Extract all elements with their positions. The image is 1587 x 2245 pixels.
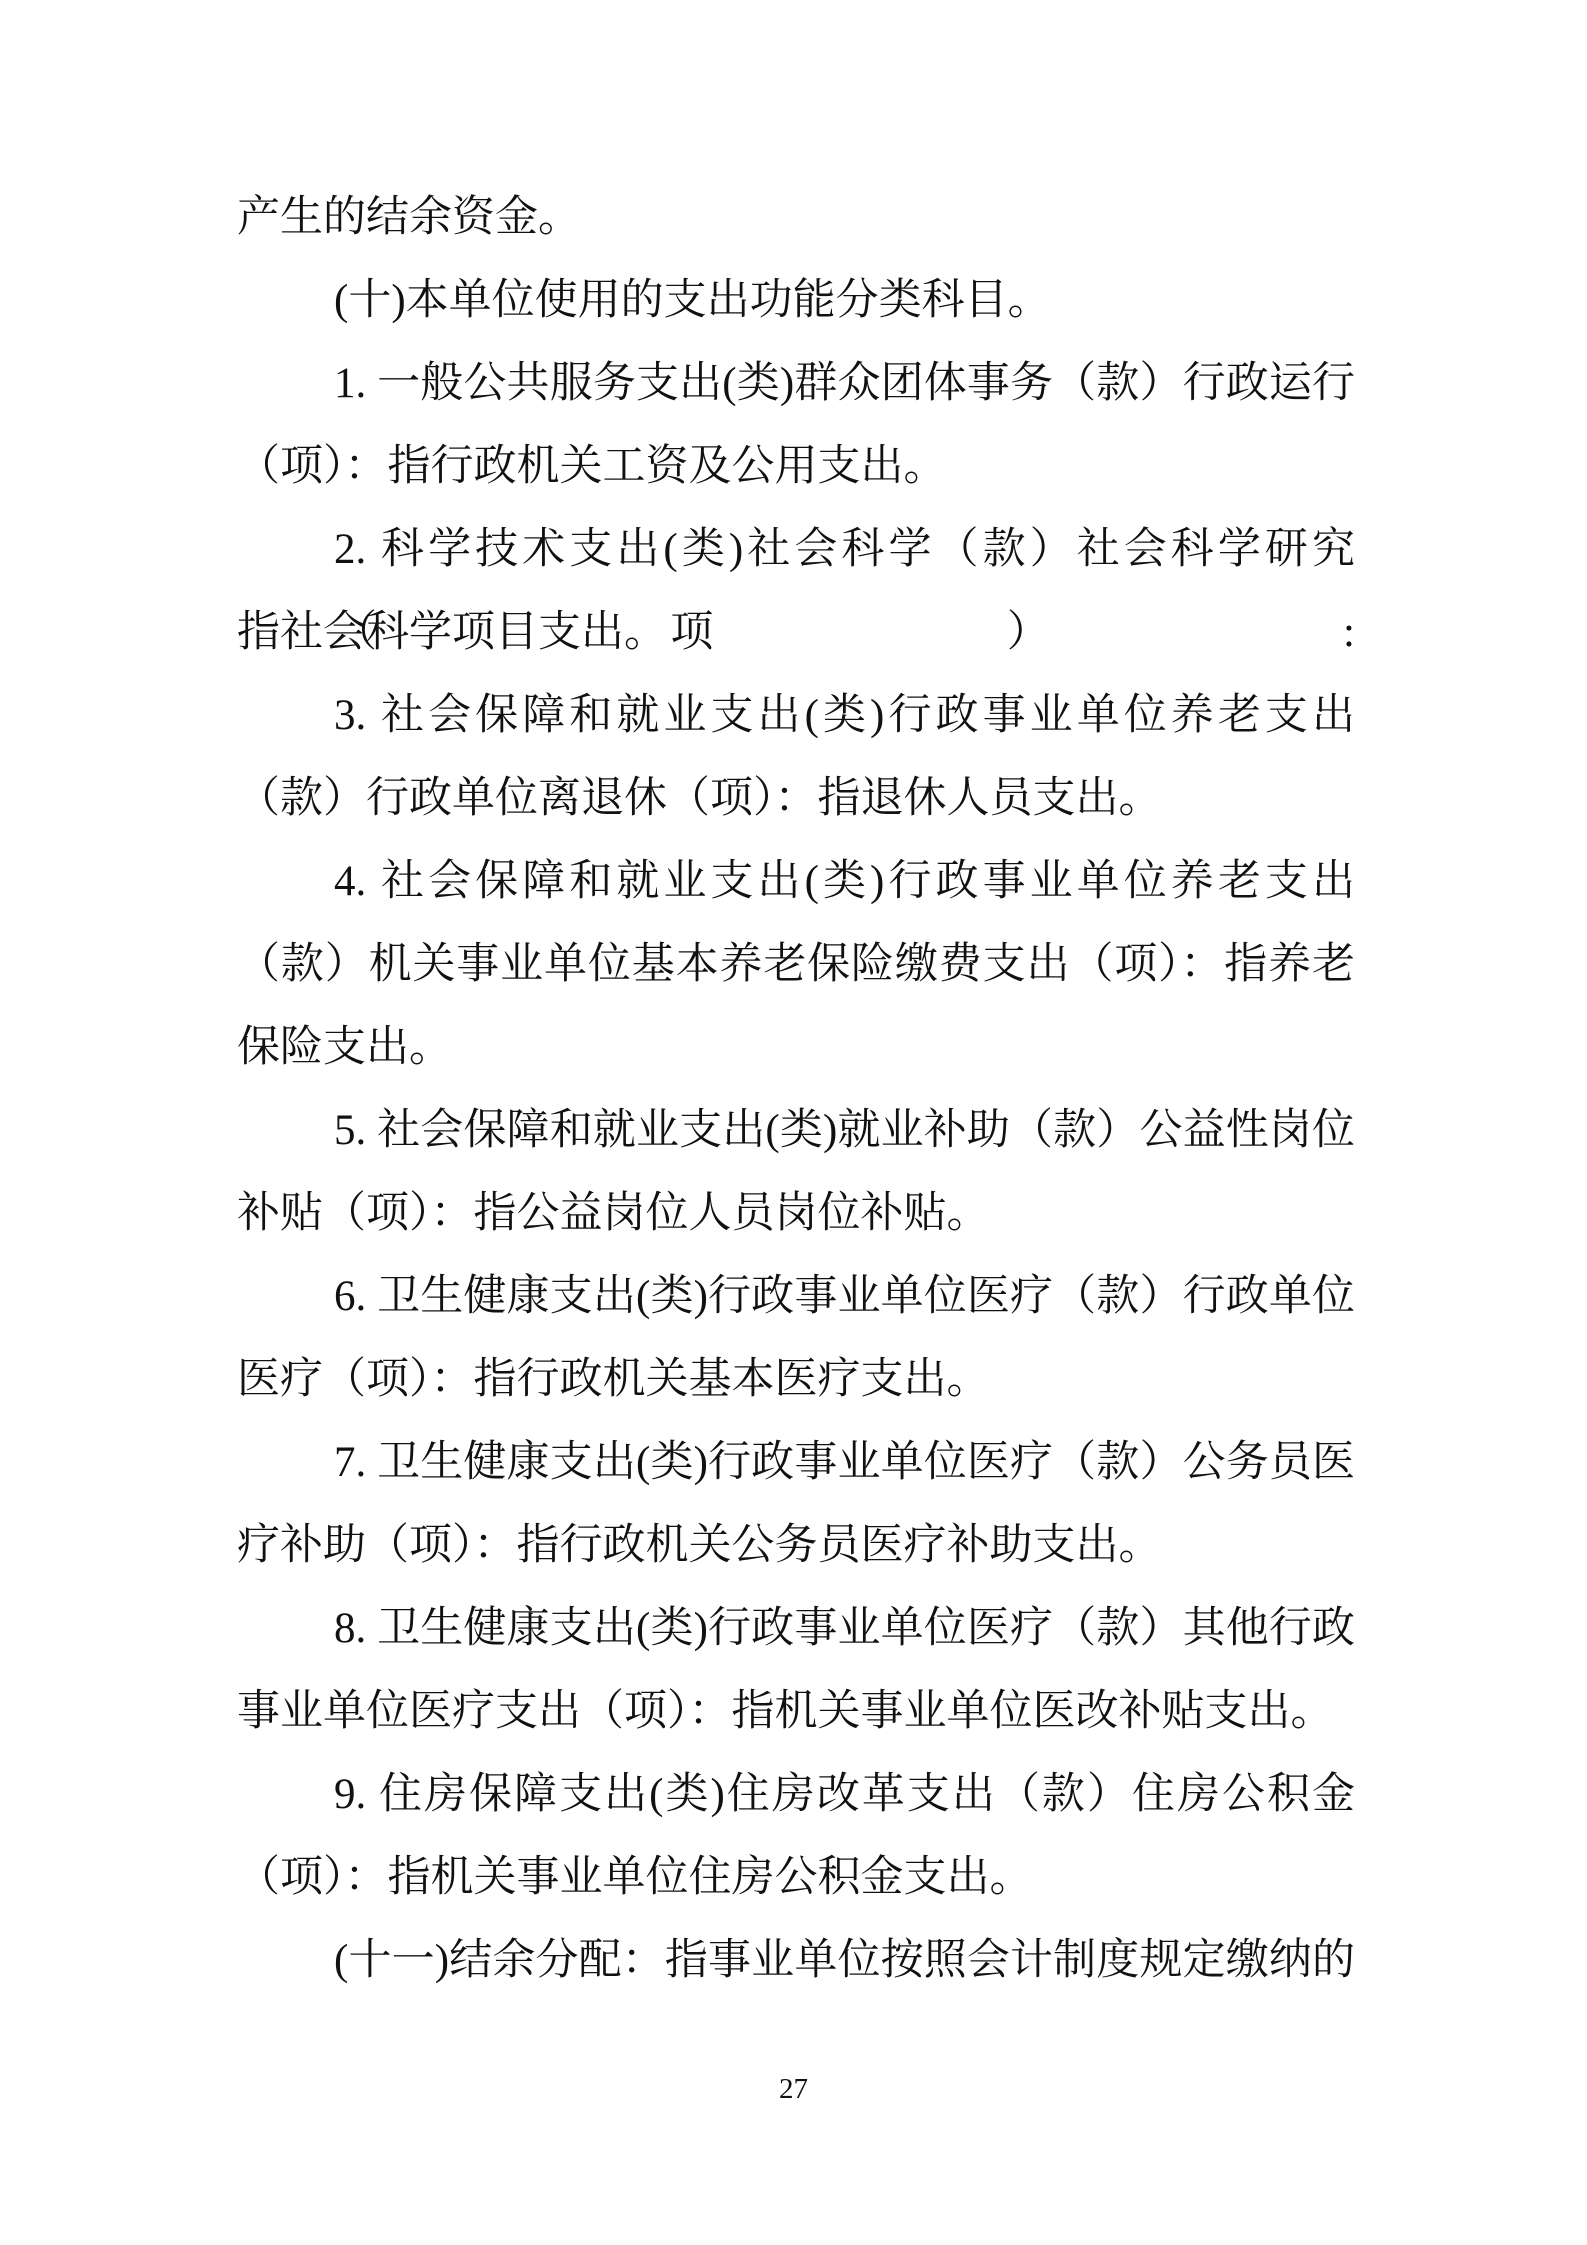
text-line: （项）：指行政机关工资及公用支出。 <box>237 425 1355 508</box>
text-line: 6. 卫生健康支出(类)行政事业单位医疗（款）行政单位 <box>237 1255 1355 1338</box>
document-page: { "page": { "number": "27", "lines": [ {… <box>0 0 1587 2245</box>
text-line: （项）：指机关事业单位住房公积金支出。 <box>237 1836 1355 1919</box>
text-line: 4. 社会保障和就业支出(类)行政事业单位养老支出 <box>237 840 1355 923</box>
text-line: 保险支出。 <box>237 1006 1355 1089</box>
text-line: (十一)结余分配：指事业单位按照会计制度规定缴纳的 <box>237 1919 1355 2002</box>
page-number: 27 <box>0 2072 1587 2106</box>
text-line: 产生的结余资金。 <box>237 176 1355 259</box>
text-line: 9. 住房保障支出(类)住房改革支出（款）住房公积金 <box>237 1753 1355 1836</box>
text-line: 7. 卫生健康支出(类)行政事业单位医疗（款）公务员医 <box>237 1421 1355 1504</box>
text-line: 疗补助（项）：指行政机关公务员医疗补助支出。 <box>237 1504 1355 1587</box>
text-line: 8. 卫生健康支出(类)行政事业单位医疗（款）其他行政 <box>237 1587 1355 1670</box>
text-line: 2. 科学技术支出(类)社会科学（款）社会科学研究（项）: <box>237 508 1355 591</box>
text-line: （款）行政单位离退休（项）：指退休人员支出。 <box>237 757 1355 840</box>
document-body: 产生的结余资金。 (十)本单位使用的支出功能分类科目。 1. 一般公共服务支出(… <box>237 176 1355 2002</box>
text-line: （款）机关事业单位基本养老保险缴费支出（项）：指养老 <box>237 923 1355 1006</box>
text-line: (十)本单位使用的支出功能分类科目。 <box>237 259 1355 342</box>
text-line: 3. 社会保障和就业支出(类)行政事业单位养老支出 <box>237 674 1355 757</box>
text-line: 1. 一般公共服务支出(类)群众团体事务（款）行政运行 <box>237 342 1355 425</box>
text-line: 医疗（项）：指行政机关基本医疗支出。 <box>237 1338 1355 1421</box>
text-line: 5. 社会保障和就业支出(类)就业补助（款）公益性岗位 <box>237 1089 1355 1172</box>
text-line: 补贴（项）：指公益岗位人员岗位补贴。 <box>237 1172 1355 1255</box>
text-line: 事业单位医疗支出（项）：指机关事业单位医改补贴支出。 <box>237 1670 1355 1753</box>
